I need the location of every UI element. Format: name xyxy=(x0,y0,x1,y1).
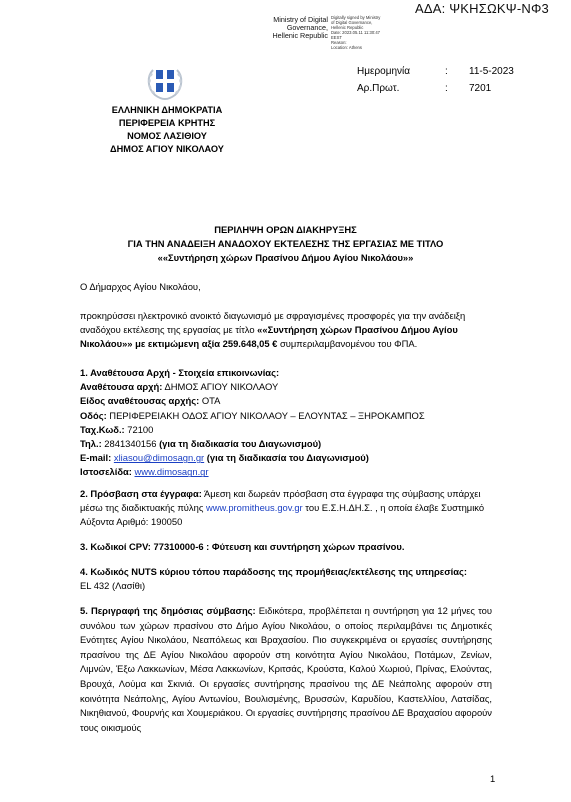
meta-date-value: 11-5-2023 xyxy=(469,63,514,80)
page-number: 1 xyxy=(490,773,495,784)
field-note: (για τη διαδικασία του Διαγωνισμού) xyxy=(159,438,321,449)
field-contracting-authority: Αναθέτουσα αρχή: ΔΗΜΟΣ ΑΓΙΟΥ ΝΙΚΟΛΑΟΥ xyxy=(80,380,492,394)
document-meta: Ημερομηνία : 11-5-2023 Αρ.Πρωτ. : 7201 xyxy=(357,63,514,97)
org-line-municipality: ΔΗΜΟΣ ΑΓΙΟΥ ΝΙΚΟΛΑΟΥ xyxy=(82,143,252,156)
field-value: 72100 xyxy=(125,424,154,435)
meta-date-label: Ημερομηνία xyxy=(357,63,445,80)
title-line-1: ΠΕΡΙΛΗΨΗ ΟΡΩΝ ΔΙΑΚΗΡΥΞΗΣ xyxy=(0,223,571,237)
issuing-authority: ΕΛΛΗΝΙΚΗ ΔΗΜΟΚΡΑΤΙΑ ΠΕΡΙΦΕΡΕΙΑ ΚΡΗΤΗΣ ΝΟ… xyxy=(82,104,252,156)
field-label: Οδός: xyxy=(80,410,107,421)
field-authority-type: Είδος αναθέτουσας αρχής: ΟΤΑ xyxy=(80,394,492,408)
title-line-3: ««Συντήρηση χώρων Πρασίνου Δήμου Αγίου Ν… xyxy=(0,251,571,265)
org-line-prefecture: ΝΟΜΟΣ ΛΑΣΙΘΙΟΥ xyxy=(82,130,252,143)
meta-protocol-value: 7201 xyxy=(469,80,491,97)
sig-org-line: Hellenic Republic xyxy=(270,32,328,40)
meta-protocol-row: Αρ.Πρωτ. : 7201 xyxy=(357,80,514,97)
org-line-republic: ΕΛΛΗΝΙΚΗ ΔΗΜΟΚΡΑΤΙΑ xyxy=(82,104,252,117)
promitheus-link[interactable]: www.promitheus.gov.gr xyxy=(206,502,303,513)
field-value: ΠΕΡΙΦΕΡΕΙΑΚΗ ΟΔΟΣ ΑΓΙΟΥ ΝΙΚΟΛΑΟΥ – ΕΛΟΥΝ… xyxy=(107,410,425,421)
field-phone: Τηλ.: 2841340156 (για τη διαδικασία του … xyxy=(80,437,492,451)
field-note: (για τη διαδικασία του Διαγωνισμού) xyxy=(204,452,369,463)
meta-colon: : xyxy=(445,63,469,80)
digital-signature-details: Digitally signed by Ministry of Digital … xyxy=(331,15,391,50)
field-label: Ταχ.Κωδ.: xyxy=(80,424,125,435)
section-2: 2. Πρόσβαση στα έγγραφα: Άμεση και δωρεά… xyxy=(80,487,492,530)
section-4: 4. Κωδικός NUTS κύριου τόπου παράδοσης τ… xyxy=(80,565,492,593)
section-5: 5. Περιγραφή της δημόσιας σύμβασης: Ειδι… xyxy=(80,604,492,735)
section-2-heading: 2. Πρόσβαση στα έγγραφα: xyxy=(80,488,202,499)
website-link[interactable]: www.dimosagn.gr xyxy=(135,466,209,477)
field-email: E-mail: xliasou@dimosagn.gr (για τη διαδ… xyxy=(80,451,492,465)
section-5-heading: 5. Περιγραφή της δημόσιας σύμβασης: xyxy=(80,605,256,616)
field-postal-code: Ταχ.Κωδ.: 72100 xyxy=(80,423,492,437)
field-label: Ιστοσελίδα: xyxy=(80,466,132,477)
field-value: ΟΤΑ xyxy=(199,395,220,406)
document-title: ΠΕΡΙΛΗΨΗ ΟΡΩΝ ΔΙΑΚΗΡΥΞΗΣ ΓΙΑ ΤΗΝ ΑΝΑΔΕΙΞ… xyxy=(0,223,571,265)
org-line-region: ΠΕΡΙΦΕΡΕΙΑ ΚΡΗΤΗΣ xyxy=(82,117,252,130)
field-value: 2841340156 xyxy=(102,438,159,449)
email-link[interactable]: xliasou@dimosagn.gr xyxy=(114,452,204,463)
section-1-heading: 1. Αναθέτουσα Αρχή - Στοιχεία επικοινωνί… xyxy=(80,366,492,380)
meta-protocol-label: Αρ.Πρωτ. xyxy=(357,80,445,97)
field-label: E-mail: xyxy=(80,452,111,463)
greek-coat-of-arms-icon xyxy=(143,62,187,102)
section-1: 1. Αναθέτουσα Αρχή - Στοιχεία επικοινωνί… xyxy=(80,366,492,480)
sig-detail-line: Location: Athens xyxy=(331,45,391,50)
field-label: Τηλ.: xyxy=(80,438,102,449)
digital-signature-organization: Ministry of Digital Governance, Hellenic… xyxy=(270,16,328,41)
meta-date-row: Ημερομηνία : 11-5-2023 xyxy=(357,63,514,80)
meta-colon: : xyxy=(445,80,469,97)
field-label: Είδος αναθέτουσας αρχής: xyxy=(80,395,199,406)
title-line-2: ΓΙΑ ΤΗΝ ΑΝΑΔΕΙΞΗ ΑΝΑΔΟΧΟΥ ΕΚΤΕΛΕΣΗΣ ΤΗΣ … xyxy=(0,237,571,251)
ada-code: ΑΔΑ: ΨΚΗΣΩΚΨ-ΝΦ3 xyxy=(415,1,549,16)
field-value: ΔΗΜΟΣ ΑΓΙΟΥ ΝΙΚΟΛΑΟΥ xyxy=(162,381,278,392)
intro-vat-text: συμπεριλαμβανομένου του ΦΠΑ. xyxy=(277,338,417,349)
section-5-text: Ειδικότερα, προβλέπεται η συντήρηση για … xyxy=(80,605,492,733)
field-street: Οδός: ΠΕΡΙΦΕΡΕΙΑΚΗ ΟΔΟΣ ΑΓΙΟΥ ΝΙΚΟΛΑΟΥ –… xyxy=(80,409,492,423)
section-4-value: EL 432 (Λασίθι) xyxy=(80,579,492,593)
field-website: Ιστοσελίδα: www.dimosagn.gr xyxy=(80,465,492,479)
field-label: Αναθέτουσα αρχή: xyxy=(80,381,162,392)
section-3-heading: 3. Κωδικοί CPV: 77310000-6 : Φύτευση και… xyxy=(80,540,492,554)
section-4-heading: 4. Κωδικός NUTS κύριου τόπου παράδοσης τ… xyxy=(80,565,492,579)
intro-paragraph: προκηρύσσει ηλεκτρονικό ανοικτό διαγωνισ… xyxy=(80,309,492,352)
salutation: Ο Δήμαρχος Αγίου Νικολάου, xyxy=(80,280,492,294)
